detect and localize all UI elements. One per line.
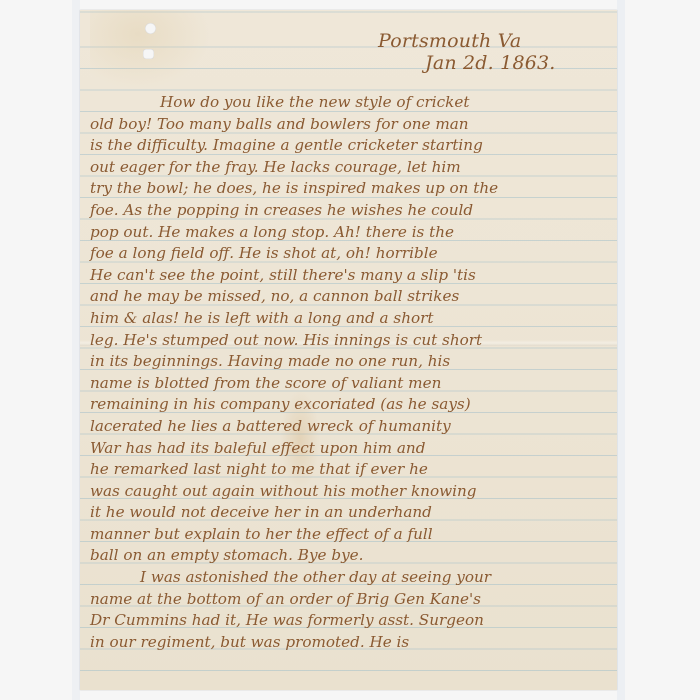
text-line: he remarked last night to me that if eve… [90, 459, 615, 481]
scan-margin-right [617, 0, 625, 700]
letter-page: Portsmouth Va Jan 2d. 1863. How do you l… [80, 10, 617, 690]
text-line: ball on an empty stomach. Bye bye. [90, 545, 615, 567]
letter-place: Portsmouth Va [378, 30, 521, 52]
scan-margin-left [72, 0, 80, 700]
text-line: in its beginnings. Having made no one ru… [90, 351, 615, 373]
text-line: I was astonished the other day at seeing… [90, 567, 615, 589]
text-line: name is blotted from the score of valian… [90, 373, 615, 395]
text-line: War has had its baleful effect upon him … [90, 438, 615, 460]
letter-date: Jan 2d. 1863. [425, 52, 556, 74]
text-line: manner but explain to her the effect of … [90, 524, 615, 546]
text-line: Dr Cummins had it, He was formerly asst.… [90, 610, 615, 632]
punch-hole [145, 23, 156, 34]
text-line: and he may be missed, no, a cannon ball … [90, 286, 615, 308]
text-line: pop out. He makes a long stop. Ah! there… [90, 222, 615, 244]
text-line: in our regiment, but was promoted. He is [90, 632, 615, 654]
letter-body: How do you like the new style of cricket… [90, 92, 615, 653]
text-line: him & alas! he is left with a long and a… [90, 308, 615, 330]
punch-hole [143, 49, 154, 59]
text-line: is the difficulty. Imagine a gentle cric… [90, 135, 615, 157]
text-line: remaining in his company excoriated (as … [90, 394, 615, 416]
text-line: He can't see the point, still there's ma… [90, 265, 615, 287]
text-line: How do you like the new style of cricket [90, 92, 615, 114]
text-line: try the bowl; he does, he is inspired ma… [90, 178, 615, 200]
text-line: old boy! Too many balls and bowlers for … [90, 114, 615, 136]
text-line: it he would not deceive her in an underh… [90, 502, 615, 524]
text-line: foe. As the popping in creases he wishes… [90, 200, 615, 222]
text-line: out eager for the fray. He lacks courage… [90, 157, 615, 179]
text-line: foe a long field off. He is shot at, oh!… [90, 243, 615, 265]
text-line: name at the bottom of an order of Brig G… [90, 589, 615, 611]
text-line: leg. He's stumped out now. His innings i… [90, 330, 615, 352]
text-line: was caught out again without his mother … [90, 481, 615, 503]
text-line: lacerated he lies a battered wreck of hu… [90, 416, 615, 438]
